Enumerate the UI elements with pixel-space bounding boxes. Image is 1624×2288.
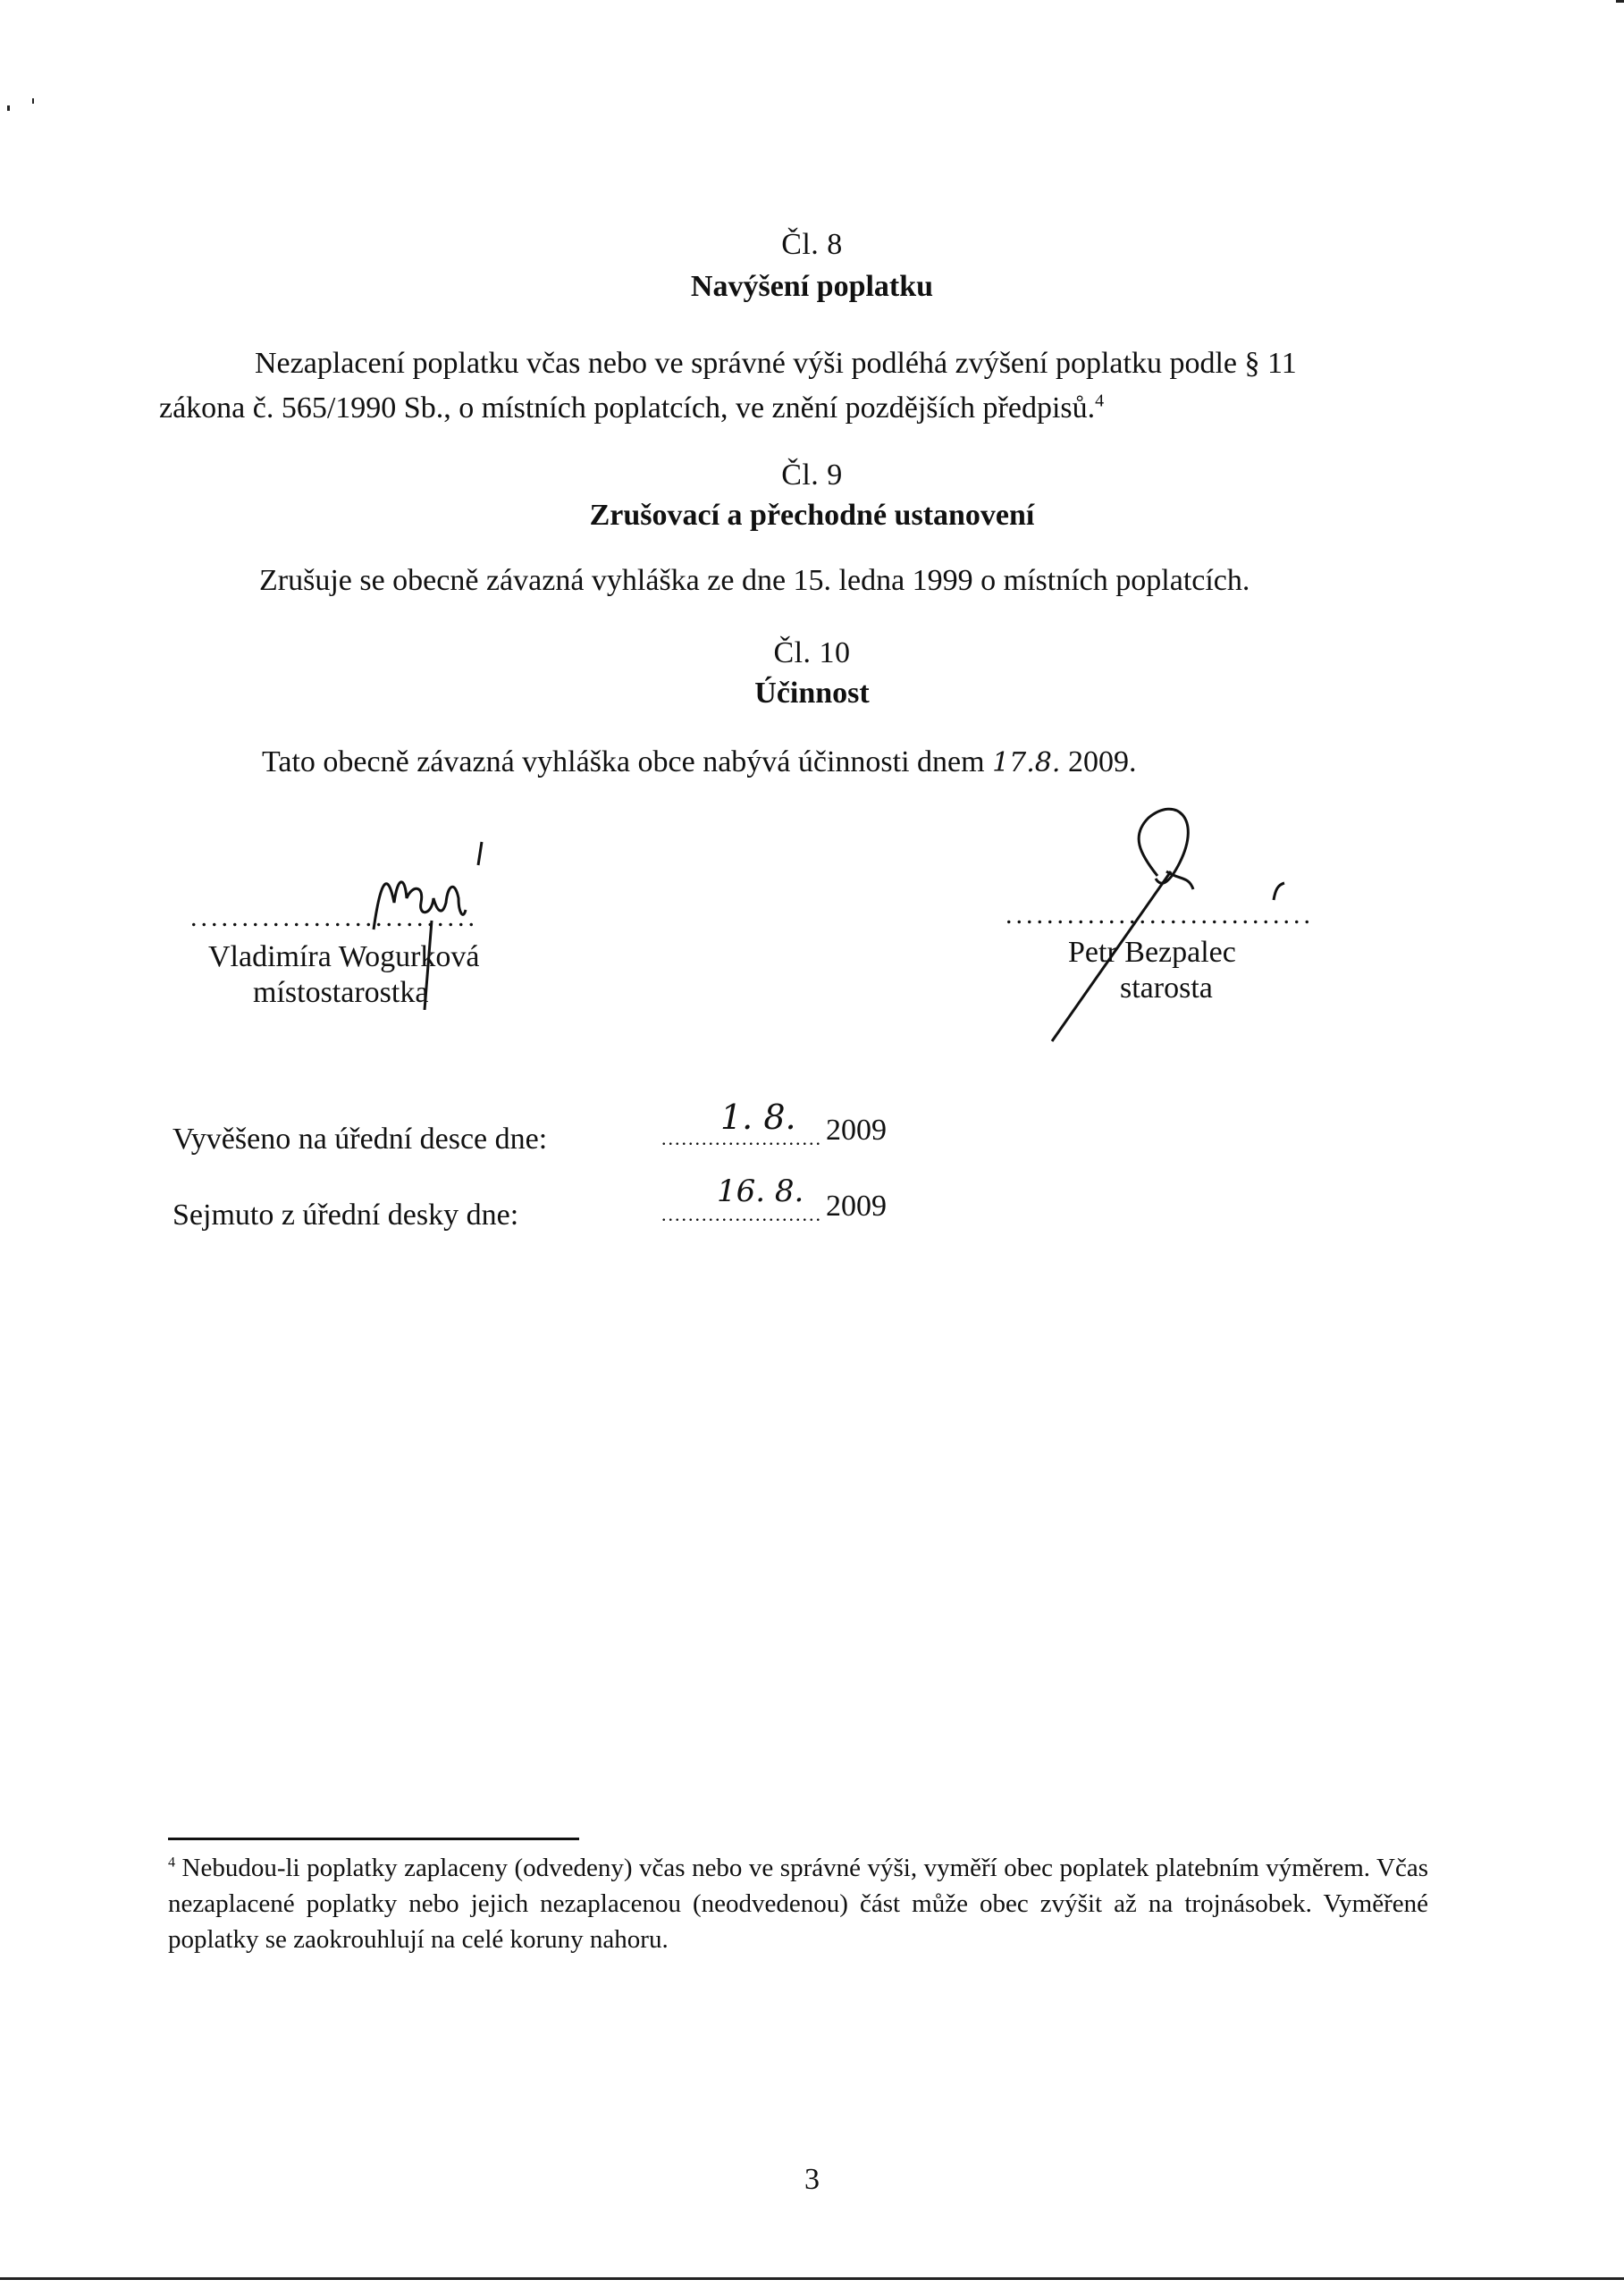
article-10-text-prefix: Tato obecně závazná vyhláška obce nabývá…: [262, 745, 985, 778]
signer-role-right: starosta: [1120, 972, 1213, 1005]
scan-bottom-edge: [0, 2277, 1624, 2280]
footnote-ref[interactable]: 4: [1095, 391, 1104, 411]
posted-handwritten-date: 1. 8.: [720, 1098, 796, 1137]
article-8-text-line2-content: zákona č. 565/1990 Sb., o místních popla…: [159, 391, 1095, 425]
removed-date: ........................ 16. 8. 2009: [661, 1184, 887, 1229]
posted-year: 2009: [826, 1114, 887, 1147]
signer-role-left: místostarostka: [253, 976, 428, 1010]
posted-date: ........................ 1. 8. 2009: [661, 1108, 887, 1153]
removed-year: 2009: [826, 1190, 887, 1223]
posted-label: Vyvěšeno na úřední desce dne:: [172, 1117, 547, 1162]
scan-speck: [1616, 0, 1624, 3]
article-8-text-line2: zákona č. 565/1990 Sb., o místních popla…: [159, 386, 1104, 431]
article-8-title: Navýšení poplatku: [0, 270, 1624, 304]
footnote-separator: [168, 1838, 579, 1840]
footnote-marker: 4: [168, 1855, 175, 1870]
article-10-title: Účinnost: [0, 677, 1624, 711]
article-8-number: Čl. 8: [0, 228, 1624, 262]
signature-line-right: ..............................: [1006, 900, 1314, 930]
footnote-text: Nebudou-li poplatky zaplaceny (odvedeny)…: [168, 1854, 1428, 1954]
removed-label: Sejmuto z úřední desky dne:: [172, 1193, 518, 1238]
signer-name-right: Petr Bezpalec: [1068, 936, 1236, 970]
signer-name-left: Vladimíra Wogurková: [208, 940, 480, 974]
removed-handwritten-date: 16. 8.: [717, 1173, 804, 1209]
footnote: 4 Nebudou-li poplatky zaplaceny (odveden…: [168, 1850, 1428, 1957]
article-10-number: Čl. 10: [0, 636, 1624, 670]
article-9-number: Čl. 9: [0, 458, 1624, 492]
article-10-text: Tato obecně závazná vyhláška obce nabývá…: [262, 740, 1136, 786]
article-9-text: Zrušuje se obecně závazná vyhláška ze dn…: [259, 559, 1250, 603]
scan-speck: [7, 105, 10, 111]
handwritten-effective-date: 17.8.: [992, 747, 1060, 778]
signature-line-left: ............................: [190, 903, 478, 933]
article-8-text-line1: Nezaplacení poplatku včas nebo ve správn…: [255, 341, 1297, 386]
scan-speck: [32, 98, 34, 104]
article-10-year: 2009.: [1068, 745, 1137, 778]
page-number: 3: [0, 2163, 1624, 2197]
article-9-title: Zrušovací a přechodné ustanovení: [0, 499, 1624, 533]
